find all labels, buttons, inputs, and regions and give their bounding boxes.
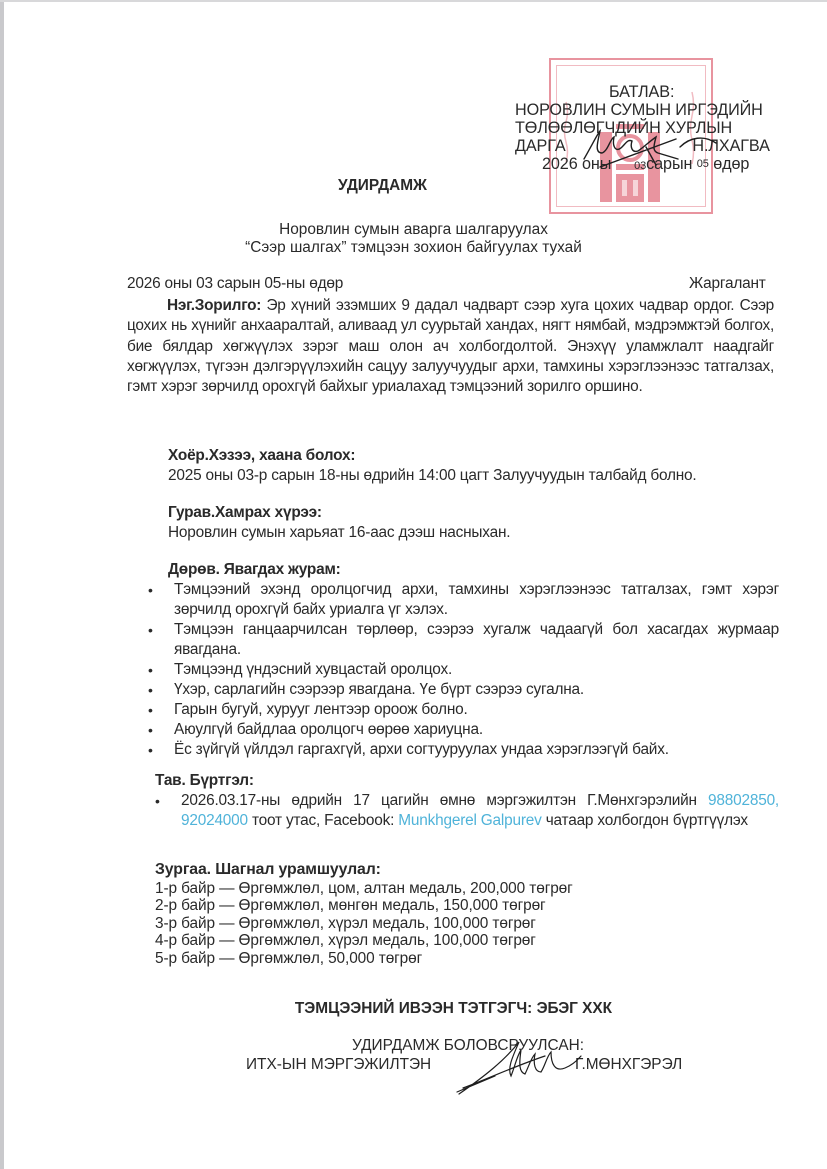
procedure-item: Аюулгүй байдлаа оролцогч өөрөө хариуцна.: [168, 720, 779, 740]
approval-line-1: НОРОВЛИН СУМЫН ИРГЭДИЙН: [515, 101, 770, 119]
procedure-item: Тэмцээнд үндэсний хувцастай оролцох.: [168, 660, 779, 680]
procedure-item: Гарын бугуй, хурууг лентээр ороож болно.: [168, 700, 779, 720]
scan-edge-left: [0, 0, 4, 1169]
approval-signature: [580, 125, 720, 170]
approval-role: ДАРГА: [515, 137, 566, 155]
registration-facebook-link[interactable]: Munkhgerel Galpurev: [398, 812, 541, 829]
section-registration-heading: Тав. Бүртгэл:: [155, 771, 779, 791]
prepared-by-role: ИТХ-ЫН МЭРГЭЖИЛТЭН: [246, 1056, 431, 1074]
section-procedure: Дөрөв. Явагдах журам: Тэмцээний эхэнд ор…: [168, 560, 779, 760]
section-prizes: Зургаа. Шагнал урамшуулал: 1-р байр — Өр…: [155, 861, 779, 968]
prepared-by-name: Г.МӨНХГЭРЭЛ: [575, 1056, 682, 1074]
prize-item: 4-р байр — Өргөмжлөл, хүрэл медаль, 100,…: [155, 932, 779, 950]
section-when-where: Хоёр.Хэзээ, хаана болох: 2025 оны 03-р с…: [168, 446, 778, 486]
procedure-item: Үхэр, сарлагийн сээрээр явагдана. Үе бүр…: [168, 680, 779, 700]
prize-item: 5-р байр — Өргөмжлөл, 50,000 төгрөг: [155, 950, 779, 968]
approval-label: БАТЛАВ:: [515, 83, 770, 101]
procedure-item: Тэмцээн ганцаарчилсан төрлөөр, сээрээ ху…: [168, 620, 779, 660]
section-scope-text: Норовлин сумын харьяат 16-аас дээш насны…: [168, 523, 778, 543]
section-prizes-heading: Зургаа. Шагнал урамшуулал:: [155, 861, 779, 879]
section-goal-heading: Нэг.Зорилго:: [167, 297, 261, 314]
section-scope: Гурав.Хамрах хүрээ: Норовлин сумын харья…: [168, 503, 778, 543]
registration-item: 2026.03.17-ны өдрийн 17 цагийн өмнө мэрг…: [175, 791, 779, 831]
preparer-signature: [455, 1036, 585, 1098]
sponsor-line: ТЭМЦЭЭНИЙ ИВЭЭН ТЭТГЭГЧ: ЭБЭГ ХХК: [0, 1000, 827, 1018]
section-procedure-heading: Дөрөв. Явагдах журам:: [168, 560, 779, 580]
section-when-where-heading: Хоёр.Хэзээ, хаана болох:: [168, 446, 778, 466]
scan-edge-top: [0, 0, 827, 2]
registration-list: 2026.03.17-ны өдрийн 17 цагийн өмнө мэрг…: [175, 791, 779, 831]
section-registration: Тав. Бүртгэл: 2026.03.17-ны өдрийн 17 ца…: [155, 771, 779, 831]
section-when-where-text: 2025 оны 03-р сарын 18-ны өдрийн 14:00 ц…: [168, 466, 778, 486]
section-scope-heading: Гурав.Хамрах хүрээ:: [168, 503, 778, 523]
document-title: УДИРДАМЖ: [0, 177, 827, 195]
document-place: Жаргалант: [689, 275, 766, 293]
document-date: 2026 оны 03 сарын 05-ны өдөр: [127, 275, 343, 293]
document-subtitle-1: Норовлин сумын аварга шалгаруулах: [0, 221, 827, 239]
procedure-item: Ёс зүйгүй үйлдэл гаргахгүй, архи согтуур…: [168, 740, 779, 760]
prize-item: 1-р байр — Өргөмжлөл, цом, алтан медаль,…: [155, 880, 779, 898]
procedure-list: Тэмцээний эхэнд оролцогчид архи, тамхины…: [168, 580, 779, 760]
document-subtitle-2: “Сээр шалгах” тэмцээн зохион байгуулах т…: [0, 239, 827, 257]
prize-item: 2-р байр — Өргөмжлөл, мөнгөн медаль, 150…: [155, 897, 779, 915]
procedure-item: Тэмцээний эхэнд оролцогчид архи, тамхины…: [168, 580, 779, 620]
section-goal: Нэг.Зорилго: Эр хүний эзэмших 9 дадал ча…: [127, 296, 774, 397]
prize-item: 3-р байр — Өргөмжлөл, хүрэл медаль, 100,…: [155, 915, 779, 933]
